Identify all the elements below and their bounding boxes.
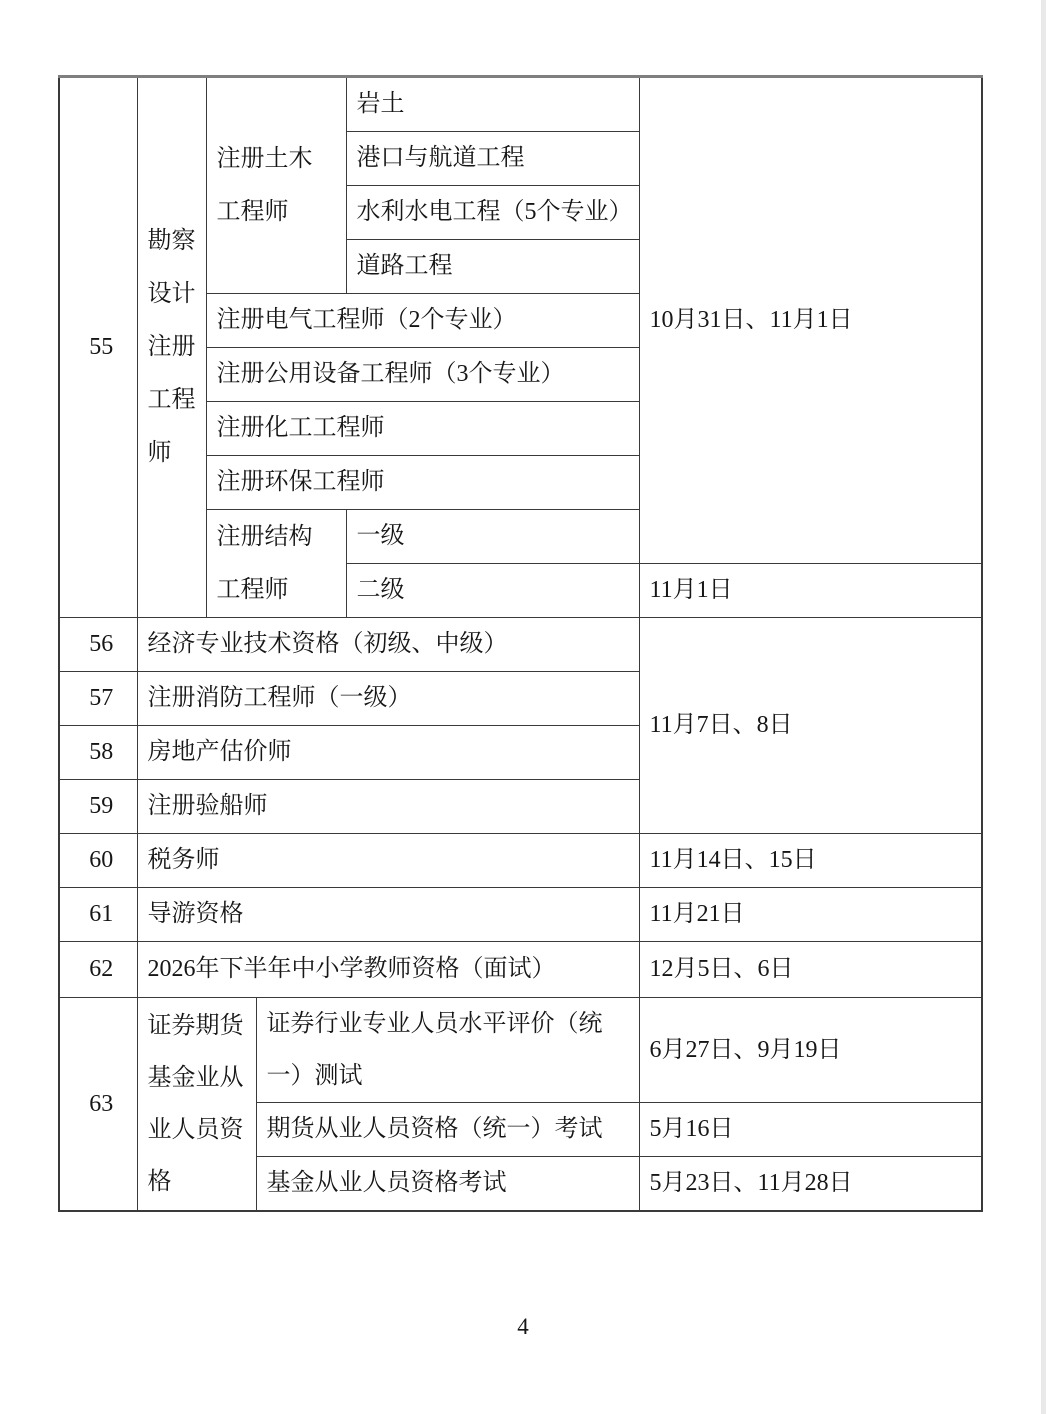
exam-no-56: 56 [59,618,137,672]
table-row: 55 勘察 设计 注册 工程 师 注册土木 工程师 岩土 10月31日、11月1… [59,77,982,132]
exam-name-63-fund-exam: 基金从业人员资格考试 [256,1157,639,1212]
exam-category-63: 证券期货 基金业从 业人员资 格 [137,998,256,1212]
exam-no-63: 63 [59,998,137,1212]
exam-date-62: 12月5日、6日 [639,942,982,998]
exam-category-55: 勘察 设计 注册 工程 师 [137,77,206,618]
exam-subcategory-environmental-engineer: 注册环保工程师 [206,456,639,510]
table-row: 60 税务师 11月14日、15日 [59,834,982,888]
page-number: 4 [0,1312,1046,1342]
exam-name-62: 2026年下半年中小学教师资格（面试） [137,942,639,998]
exam-name-57: 注册消防工程师（一级） [137,672,639,726]
exam-name-63-securities-test: 证券行业专业人员水平评价（统 一）测试 [256,998,639,1103]
specialty-geotechnical: 岩土 [346,77,639,132]
document-page: 55 勘察 设计 注册 工程 师 注册土木 工程师 岩土 10月31日、11月1… [0,0,1046,1414]
exam-subcategory-public-equipment-engineer: 注册公用设备工程师（3个专业） [206,348,639,402]
specialty-water-conservancy: 水利水电工程（5个专业） [346,186,639,240]
exam-name-60: 税务师 [137,834,639,888]
exam-no-59: 59 [59,780,137,834]
exam-date-63-securities-test: 6月27日、9月19日 [639,998,982,1103]
exam-name-61: 导游资格 [137,888,639,942]
exam-no-57: 57 [59,672,137,726]
exam-no-60: 60 [59,834,137,888]
exam-subcategory-civil-engineer: 注册土木 工程师 [206,77,346,294]
exam-no-61: 61 [59,888,137,942]
exam-no-62: 62 [59,942,137,998]
exam-name-63-futures-exam: 期货从业人员资格（统一）考试 [256,1103,639,1157]
exam-date-63-futures-exam: 5月16日 [639,1103,982,1157]
right-edge-strip [1041,0,1046,1414]
exam-schedule-table: 55 勘察 设计 注册 工程 师 注册土木 工程师 岩土 10月31日、11月1… [58,75,983,1212]
exam-date-63-fund-exam: 5月23日、11月28日 [639,1157,982,1212]
table-row: 61 导游资格 11月21日 [59,888,982,942]
table-row: 63 证券期货 基金业从 业人员资 格 证券行业专业人员水平评价（统 一）测试 … [59,998,982,1103]
exam-subcategory-chemical-engineer: 注册化工工程师 [206,402,639,456]
table-row: 56 经济专业技术资格（初级、中级） 11月7日、8日 [59,618,982,672]
exam-name-56: 经济专业技术资格（初级、中级） [137,618,639,672]
table-row: 62 2026年下半年中小学教师资格（面试） 12月5日、6日 [59,942,982,998]
structural-level-1: 一级 [346,510,639,564]
exam-subcategory-structural-engineer: 注册结构 工程师 [206,510,346,618]
exam-name-58: 房地产估价师 [137,726,639,780]
exam-no-58: 58 [59,726,137,780]
exam-date-56-59: 11月7日、8日 [639,618,982,834]
exam-date-61: 11月21日 [639,888,982,942]
exam-name-59: 注册验船师 [137,780,639,834]
exam-no-55: 55 [59,77,137,618]
specialty-port-waterway: 港口与航道工程 [346,132,639,186]
structural-level-2: 二级 [346,564,639,618]
exam-subcategory-electrical-engineer: 注册电气工程师（2个专业） [206,294,639,348]
specialty-road-engineering: 道路工程 [346,240,639,294]
exam-date-60: 11月14日、15日 [639,834,982,888]
exam-date-55-main: 10月31日、11月1日 [639,77,982,564]
exam-date-structural-level2: 11月1日 [639,564,982,618]
